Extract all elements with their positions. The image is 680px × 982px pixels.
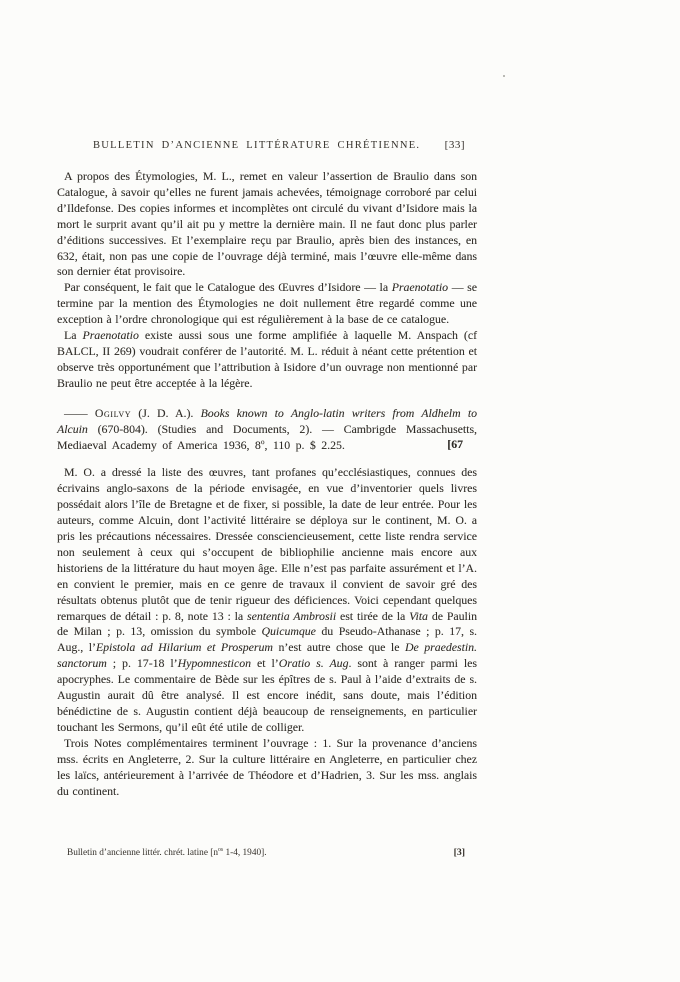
- text-run: et l’: [251, 656, 279, 670]
- text-run: Par conséquent, le fait que le Catalogue…: [64, 280, 392, 294]
- text-column: BULLETIN D’ANCIENNE LITTÉRATURE CHRÉTIEN…: [57, 0, 477, 799]
- text-run: n’est autre chose que le: [273, 640, 405, 654]
- text-run: 1-4, 1940].: [223, 848, 266, 858]
- text-run-i: sententia Ambrosii: [247, 609, 336, 623]
- scanned-page: BULLETIN D’ANCIENNE LITTÉRATURE CHRÉTIEN…: [0, 0, 680, 982]
- text-run: , 110 p. $ 2.25.: [264, 438, 344, 452]
- scan-artifact-dot: [503, 75, 505, 77]
- text-run: La: [64, 328, 83, 342]
- body-paragraphs: A propos des Étymologies, M. L., remet e…: [57, 169, 477, 799]
- text-run: ; p. 17-18 l’: [107, 656, 178, 670]
- para-ogilvy-review: M. O. a dressé la liste des œuvres, tant…: [57, 465, 477, 735]
- para-consequent: Par conséquent, le fait que le Catalogue…: [57, 280, 477, 328]
- text-run: est tirée de la: [336, 609, 409, 623]
- text-run-i: Vita: [409, 609, 428, 623]
- journal-title: BULLETIN D’ANCIENNE LITTÉRATURE CHRÉTIEN…: [93, 139, 420, 152]
- text-run: (J. D. A.).: [131, 406, 201, 420]
- text-run: M. O. a dressé la liste des œuvres, tant…: [57, 465, 477, 622]
- text-run-i: Oratio s. Aug: [279, 656, 349, 670]
- page-number-footer: [3]: [454, 847, 465, 859]
- text-run: Bulletin d’ancienne littér. chrét. latin…: [67, 848, 218, 858]
- text-run-i: Praenotatio: [392, 280, 448, 294]
- text-run: Trois Notes complémentaires terminent l’…: [57, 736, 477, 798]
- footer-imprint: Bulletin d’ancienne littér. chrét. latin…: [67, 847, 267, 859]
- entry-number: [67: [447, 437, 463, 453]
- para-etymologies: A propos des Étymologies, M. L., remet e…: [57, 169, 477, 280]
- page-number-header: [33]: [445, 139, 465, 152]
- text-run-i: Praenotatio: [83, 328, 139, 342]
- text-run-i: Quicumque: [262, 624, 316, 638]
- para-notes: Trois Notes complémentaires terminent l’…: [57, 736, 477, 800]
- text-run-sc: Ogilvy: [95, 406, 131, 420]
- page-footer: Bulletin d’ancienne littér. chrét. latin…: [57, 847, 477, 859]
- running-head: BULLETIN D’ANCIENNE LITTÉRATURE CHRÉTIEN…: [93, 139, 465, 152]
- text-run: ——: [64, 406, 95, 420]
- para-praenotatio-amplifiee: La Praenotatio existe aussi sous une for…: [57, 328, 477, 392]
- entry-ogilvy: —— Ogilvy (J. D. A.). Books known to Ang…: [57, 406, 477, 454]
- text-run-i: Epistola ad Hilarium et Prosperum: [96, 640, 273, 654]
- text-run: A propos des Étymologies, M. L., remet e…: [57, 169, 477, 278]
- text-run-i: Hypomnesticon: [178, 656, 251, 670]
